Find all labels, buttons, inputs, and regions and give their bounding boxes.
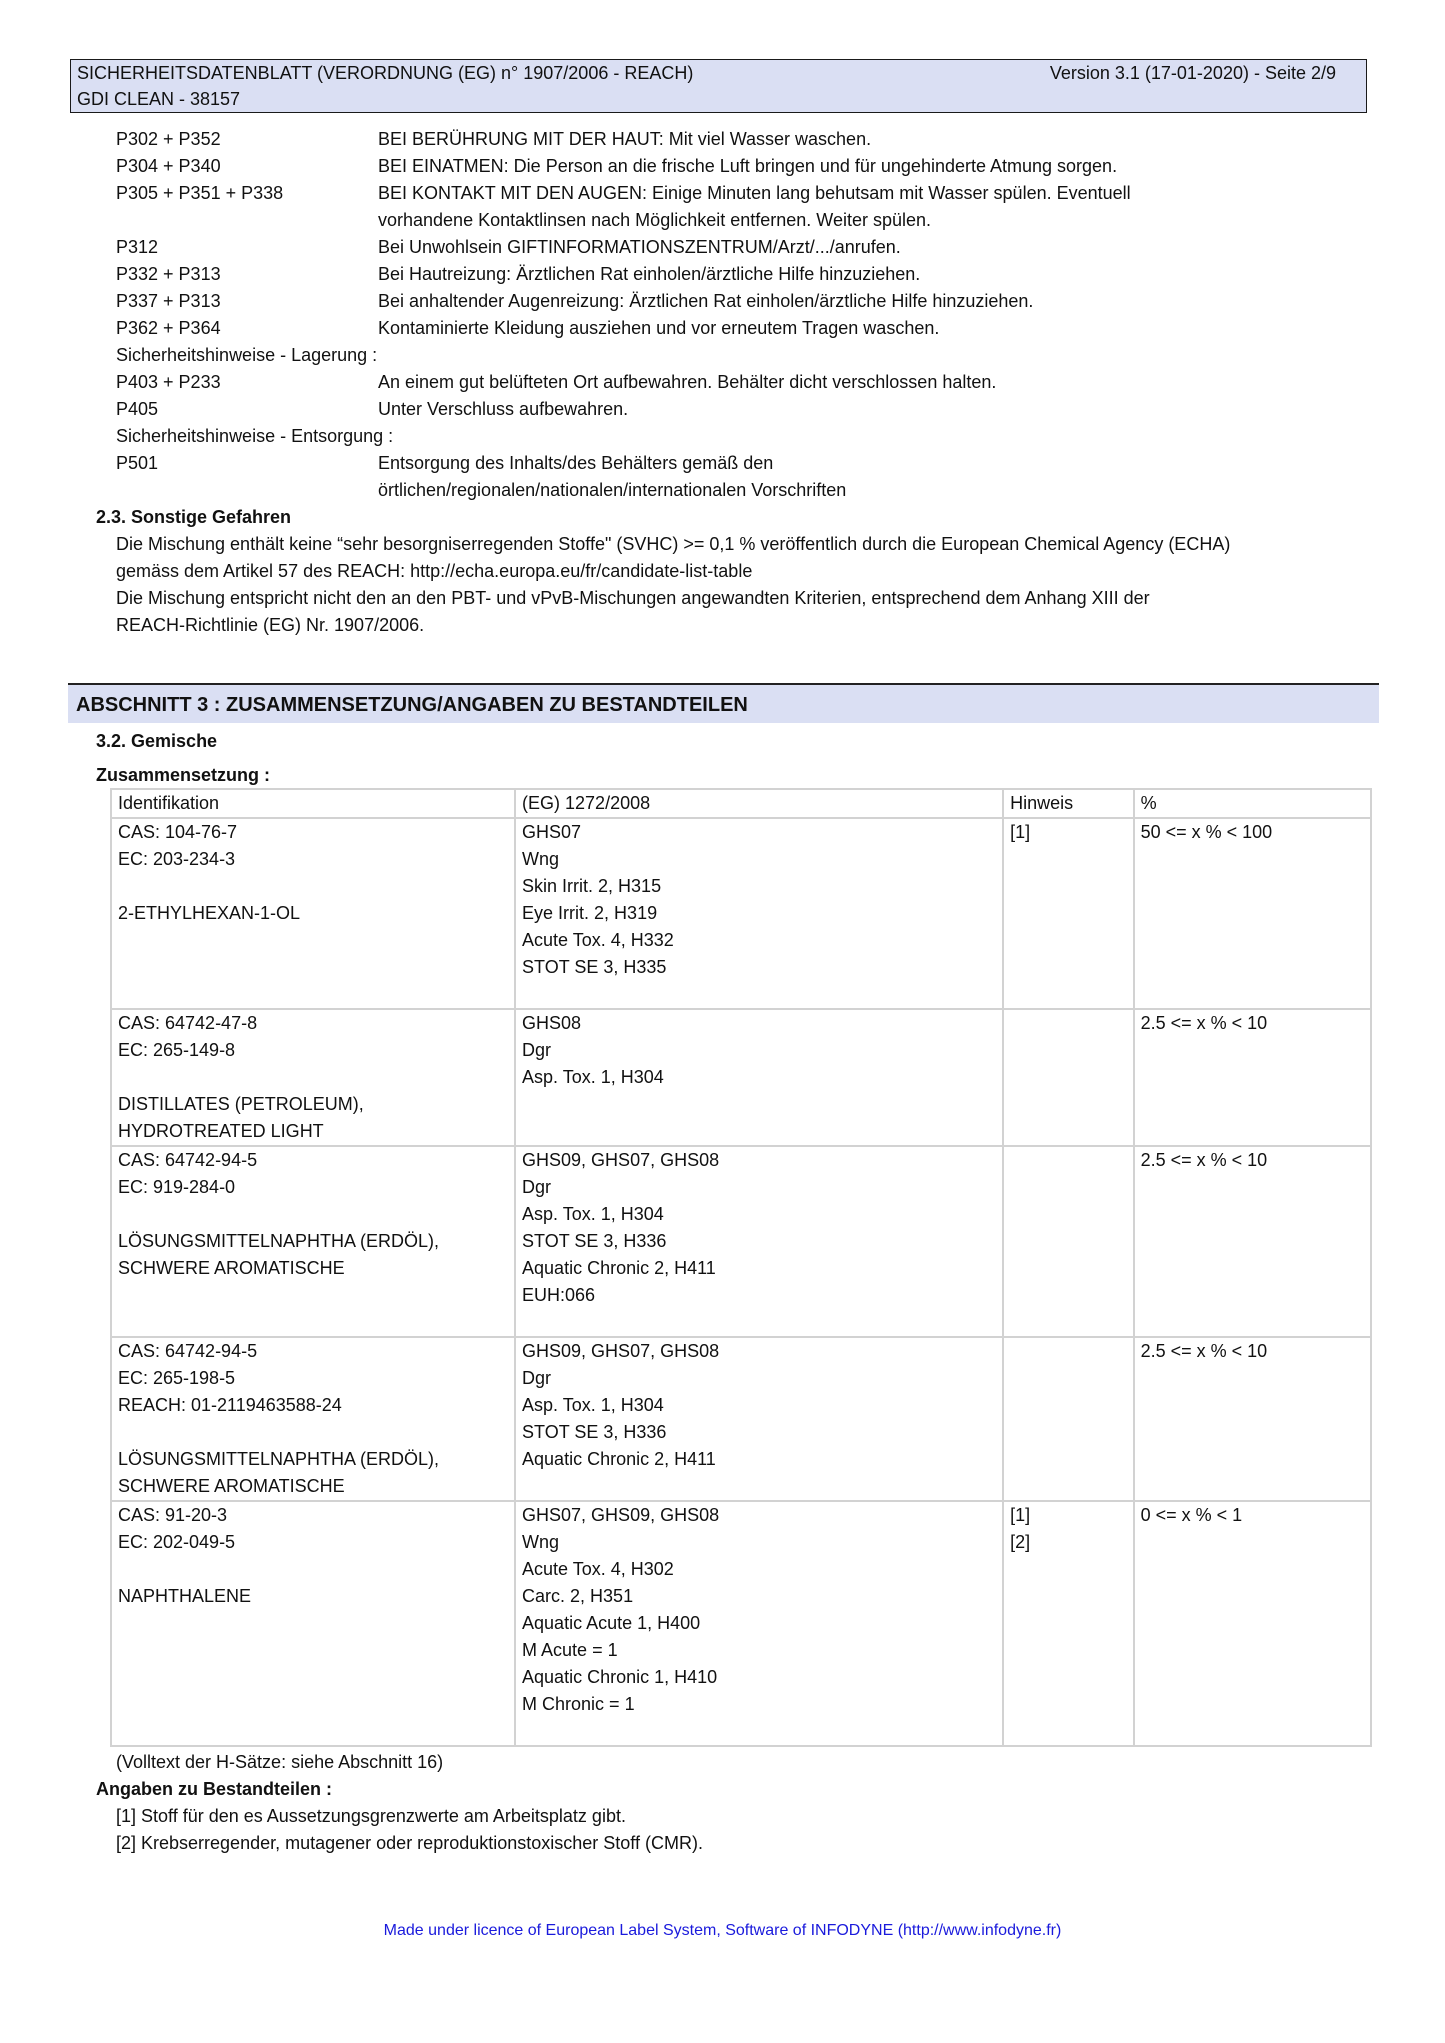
identification-cell: CAS: 91-20-3EC: 202-049-5NAPHTHALENE	[111, 1501, 515, 1746]
identification-cell: CAS: 64742-47-8EC: 265-149-8DISTILLATES …	[111, 1009, 515, 1146]
other-hazards-line: Die Mischung entspricht nicht den an den…	[116, 585, 1150, 612]
section-3-header: ABSCHNITT 3 : ZUSAMMENSETZUNG/ANGABEN ZU…	[68, 683, 1379, 723]
classification-cell: GHS07WngSkin Irrit. 2, H315Eye Irrit. 2,…	[515, 818, 1003, 1009]
percent-cell: 0 <= x % < 1	[1134, 1501, 1371, 1746]
precaution-text: Bei Unwohlsein GIFTINFORMATIONSZENTRUM/A…	[378, 234, 901, 261]
identification-cell: CAS: 64742-94-5EC: 919-284-0LÖSUNGSMITTE…	[111, 1146, 515, 1337]
precaution-code: P501	[116, 450, 158, 477]
precaution-text: Entsorgung des Inhalts/des Behälters gem…	[378, 450, 773, 477]
precaution-text: BEI EINATMEN: Die Person an die frische …	[378, 153, 1117, 180]
document-title: SICHERHEITSDATENBLATT (VERORDNUNG (EG) n…	[77, 60, 693, 86]
precaution-code: P403 + P233	[116, 369, 221, 396]
component-note: [2] Krebserregender, mutagener oder repr…	[116, 1830, 703, 1857]
table-row: CAS: 64742-47-8EC: 265-149-8DISTILLATES …	[111, 1009, 1371, 1146]
table-note: (Volltext der H-Sätze: siehe Abschnitt 1…	[116, 1749, 443, 1776]
footer-license: Made under licence of European Label Sys…	[0, 1922, 1445, 1940]
precaution-code: P302 + P352	[116, 126, 221, 153]
table-row: CAS: 64742-94-5EC: 265-198-5REACH: 01-21…	[111, 1337, 1371, 1501]
precaution-text: BEI BERÜHRUNG MIT DER HAUT: Mit viel Was…	[378, 126, 871, 153]
precaution-code: P332 + P313	[116, 261, 221, 288]
classification-cell: GHS09, GHS07, GHS08DgrAsp. Tox. 1, H304S…	[515, 1146, 1003, 1337]
classification-cell: GHS07, GHS09, GHS08WngAcute Tox. 4, H302…	[515, 1501, 1003, 1746]
precaution-code: P337 + P313	[116, 288, 221, 315]
precaution-text: An einem gut belüfteten Ort aufbewahren.…	[378, 369, 996, 396]
precaution-text: vorhandene Kontaktlinsen nach Möglichkei…	[378, 207, 931, 234]
composition-table: Identifikation (EG) 1272/2008 Hinweis % …	[110, 788, 1372, 1747]
other-hazards-line: Die Mischung enthält keine “sehr besorgn…	[116, 531, 1230, 558]
notes-cell	[1003, 1009, 1133, 1146]
precaution-code: P405	[116, 396, 158, 423]
version-page: Version 3.1 (17-01-2020) - Seite 2/9	[1050, 60, 1336, 86]
product-name: GDI CLEAN - 38157	[77, 86, 240, 112]
components-label: Angaben zu Bestandteilen :	[96, 1776, 332, 1803]
component-note: [1] Stoff für den es Aussetzungsgrenzwer…	[116, 1803, 626, 1830]
section-3-title: ABSCHNITT 3 : ZUSAMMENSETZUNG/ANGABEN ZU…	[76, 691, 748, 719]
percent-cell: 2.5 <= x % < 10	[1134, 1009, 1371, 1146]
notes-cell	[1003, 1337, 1133, 1501]
precaution-text: Bei Hautreizung: Ärztlichen Rat einholen…	[378, 261, 920, 288]
notes-cell	[1003, 1146, 1133, 1337]
precaution-code: P305 + P351 + P338	[116, 180, 283, 207]
column-header-classification: (EG) 1272/2008	[515, 789, 1003, 818]
page-header: SICHERHEITSDATENBLATT (VERORDNUNG (EG) n…	[70, 59, 1367, 113]
precaution-text: Kontaminierte Kleidung ausziehen und vor…	[378, 315, 939, 342]
notes-cell: [1][2]	[1003, 1501, 1133, 1746]
column-header-identification: Identifikation	[111, 789, 515, 818]
column-header-percent: %	[1134, 789, 1371, 818]
precaution-code: P312	[116, 234, 158, 261]
percent-cell: 50 <= x % < 100	[1134, 818, 1371, 1009]
percent-cell: 2.5 <= x % < 10	[1134, 1146, 1371, 1337]
table-row: CAS: 64742-94-5EC: 919-284-0LÖSUNGSMITTE…	[111, 1146, 1371, 1337]
mixtures-heading: 3.2. Gemische	[96, 728, 217, 755]
disposal-label: Sicherheitshinweise - Entsorgung :	[116, 423, 393, 450]
precaution-text: Unter Verschluss aufbewahren.	[378, 396, 628, 423]
other-hazards-line: gemäss dem Artikel 57 des REACH: http://…	[116, 558, 752, 585]
table-row: CAS: 104-76-7EC: 203-234-32-ETHYLHEXAN-1…	[111, 818, 1371, 1009]
precaution-text: örtlichen/regionalen/nationalen/internat…	[378, 477, 846, 504]
other-hazards-heading: 2.3. Sonstige Gefahren	[96, 504, 291, 531]
table-row: CAS: 91-20-3EC: 202-049-5NAPHTHALENEGHS0…	[111, 1501, 1371, 1746]
precaution-code: P362 + P364	[116, 315, 221, 342]
identification-cell: CAS: 64742-94-5EC: 265-198-5REACH: 01-21…	[111, 1337, 515, 1501]
column-header-notes: Hinweis	[1003, 789, 1133, 818]
classification-cell: GHS08DgrAsp. Tox. 1, H304	[515, 1009, 1003, 1146]
percent-cell: 2.5 <= x % < 10	[1134, 1337, 1371, 1501]
precaution-code: P304 + P340	[116, 153, 221, 180]
other-hazards-line: REACH-Richtlinie (EG) Nr. 1907/2006.	[116, 612, 424, 639]
composition-label: Zusammensetzung :	[96, 762, 270, 789]
table-header-row: Identifikation (EG) 1272/2008 Hinweis %	[111, 789, 1371, 818]
precaution-text: BEI KONTAKT MIT DEN AUGEN: Einige Minute…	[378, 180, 1131, 207]
classification-cell: GHS09, GHS07, GHS08DgrAsp. Tox. 1, H304S…	[515, 1337, 1003, 1501]
storage-label: Sicherheitshinweise - Lagerung :	[116, 342, 377, 369]
precaution-text: Bei anhaltender Augenreizung: Ärztlichen…	[378, 288, 1033, 315]
identification-cell: CAS: 104-76-7EC: 203-234-32-ETHYLHEXAN-1…	[111, 818, 515, 1009]
notes-cell: [1]	[1003, 818, 1133, 1009]
